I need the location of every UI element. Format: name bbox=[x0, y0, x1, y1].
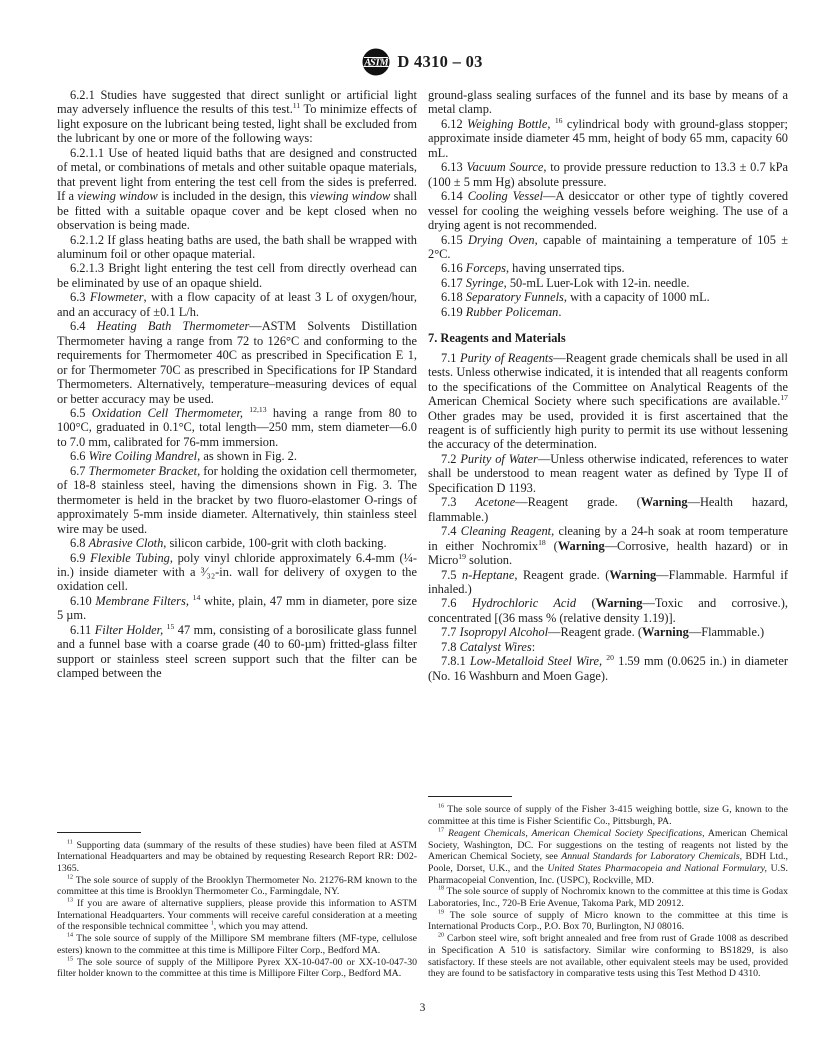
paragraph: 6.11 Filter Holder, 15 47 mm, consisting… bbox=[57, 623, 417, 681]
paragraph: 7.8 Catalyst Wires: bbox=[428, 640, 788, 654]
right-footnote-block: 16 The sole source of supply of the Fish… bbox=[428, 796, 788, 980]
paragraph: 7.8.1 Low-Metalloid Steel Wire, 20 1.59 … bbox=[428, 654, 788, 683]
paragraph: 7.6 Hydrochloric Acid (Warning—Toxic and… bbox=[428, 596, 788, 625]
paragraph: 6.19 Rubber Policeman. bbox=[428, 305, 788, 319]
two-column-layout: 6.2.1 Studies have suggested that direct… bbox=[57, 88, 788, 980]
paragraph: 6.10 Membrane Filters, 14 white, plain, … bbox=[57, 594, 417, 623]
footnote: 19 The sole source of supply of Micro kn… bbox=[428, 910, 788, 933]
footnote: 20 Carbon steel wire, soft bright anneal… bbox=[428, 933, 788, 980]
footnote: 16 The sole source of supply of the Fish… bbox=[428, 804, 788, 827]
astm-logo-icon: ASTM bbox=[362, 48, 390, 76]
paragraph: ground-glass sealing surfaces of the fun… bbox=[428, 88, 788, 117]
section-heading: 7. Reagents and Materials bbox=[428, 331, 788, 345]
paragraph: 6.2.1 Studies have suggested that direct… bbox=[57, 88, 417, 146]
paragraph: 6.2.1.2 If glass heating baths are used,… bbox=[57, 233, 417, 262]
footnote: 11 Supporting data (summary of the resul… bbox=[57, 840, 417, 875]
right-column: ground-glass sealing surfaces of the fun… bbox=[428, 88, 788, 980]
left-column: 6.2.1 Studies have suggested that direct… bbox=[57, 88, 417, 980]
page-content: ASTM D 4310 – 03 6.2.1 Studies have sugg… bbox=[57, 46, 788, 980]
paragraph: 7.7 Isopropyl Alcohol—Reagent grade. (Wa… bbox=[428, 625, 788, 639]
paragraph: 6.6 Wire Coiling Mandrel, as shown in Fi… bbox=[57, 449, 417, 463]
footnote: 15 The sole source of supply of the Mill… bbox=[57, 957, 417, 980]
paragraph: 6.13 Vacuum Source, to provide pressure … bbox=[428, 160, 788, 189]
right-column-body: ground-glass sealing surfaces of the fun… bbox=[428, 88, 788, 683]
right-footnotes: 16 The sole source of supply of the Fish… bbox=[428, 804, 788, 980]
document-header: ASTM D 4310 – 03 bbox=[57, 46, 788, 78]
paragraph: 7.4 Cleaning Reagent, cleaning by a 24-h… bbox=[428, 524, 788, 567]
paragraph: 6.16 Forceps, having unserrated tips. bbox=[428, 261, 788, 275]
footnote: 17 Reagent Chemicals, American Chemical … bbox=[428, 828, 788, 887]
left-footnote-block: 11 Supporting data (summary of the resul… bbox=[57, 832, 417, 980]
paragraph: 7.2 Purity of Water—Unless otherwise ind… bbox=[428, 452, 788, 495]
paragraph: 6.4 Heating Bath Thermometer—ASTM Solven… bbox=[57, 319, 417, 406]
paragraph: 6.9 Flexible Tubing, poly vinyl chloride… bbox=[57, 551, 417, 594]
paragraph: 7.5 n-Heptane, Reagent grade. (Warning—F… bbox=[428, 568, 788, 597]
paragraph: 6.2.1.3 Bright light entering the test c… bbox=[57, 261, 417, 290]
footnote: 12 The sole source of supply of the Broo… bbox=[57, 875, 417, 898]
paragraph: 6.18 Separatory Funnels, with a capacity… bbox=[428, 290, 788, 304]
paragraph: 7.1 Purity of Reagents—Reagent grade che… bbox=[428, 351, 788, 452]
paragraph: 6.5 Oxidation Cell Thermometer, 12,13 ha… bbox=[57, 406, 417, 449]
footnote-separator bbox=[57, 832, 141, 833]
svg-text:ASTM: ASTM bbox=[364, 58, 390, 69]
paragraph: 6.14 Cooling Vessel—A desiccator or othe… bbox=[428, 189, 788, 232]
left-column-body: 6.2.1 Studies have suggested that direct… bbox=[57, 88, 417, 681]
document-page: ASTM D 4310 – 03 6.2.1 Studies have sugg… bbox=[0, 0, 816, 1056]
paragraph: 6.15 Drying Oven, capable of maintaining… bbox=[428, 233, 788, 262]
footnote: 14 The sole source of supply of the Mill… bbox=[57, 933, 417, 956]
standard-number: D 4310 – 03 bbox=[397, 52, 482, 72]
footnote: 18 The sole source of supply of Nochromi… bbox=[428, 886, 788, 909]
paragraph: 6.12 Weighing Bottle, 16 cylindrical bod… bbox=[428, 117, 788, 160]
left-footnotes: 11 Supporting data (summary of the resul… bbox=[57, 840, 417, 980]
paragraph: 6.2.1.1 Use of heated liquid baths that … bbox=[57, 146, 417, 233]
footnote-separator bbox=[428, 796, 512, 797]
footnote: 13 If you are aware of alternative suppl… bbox=[57, 898, 417, 933]
paragraph: 6.8 Abrasive Cloth, silicon carbide, 100… bbox=[57, 536, 417, 550]
paragraph: 6.17 Syringe, 50-mL Luer-Lok with 12-in.… bbox=[428, 276, 788, 290]
paragraph: 6.3 Flowmeter, with a flow capacity of a… bbox=[57, 290, 417, 319]
paragraph: 6.7 Thermometer Bracket, for holding the… bbox=[57, 464, 417, 536]
page-number: 3 bbox=[57, 1002, 788, 1014]
paragraph: 7.3 Acetone—Reagent grade. (Warning—Heal… bbox=[428, 495, 788, 524]
